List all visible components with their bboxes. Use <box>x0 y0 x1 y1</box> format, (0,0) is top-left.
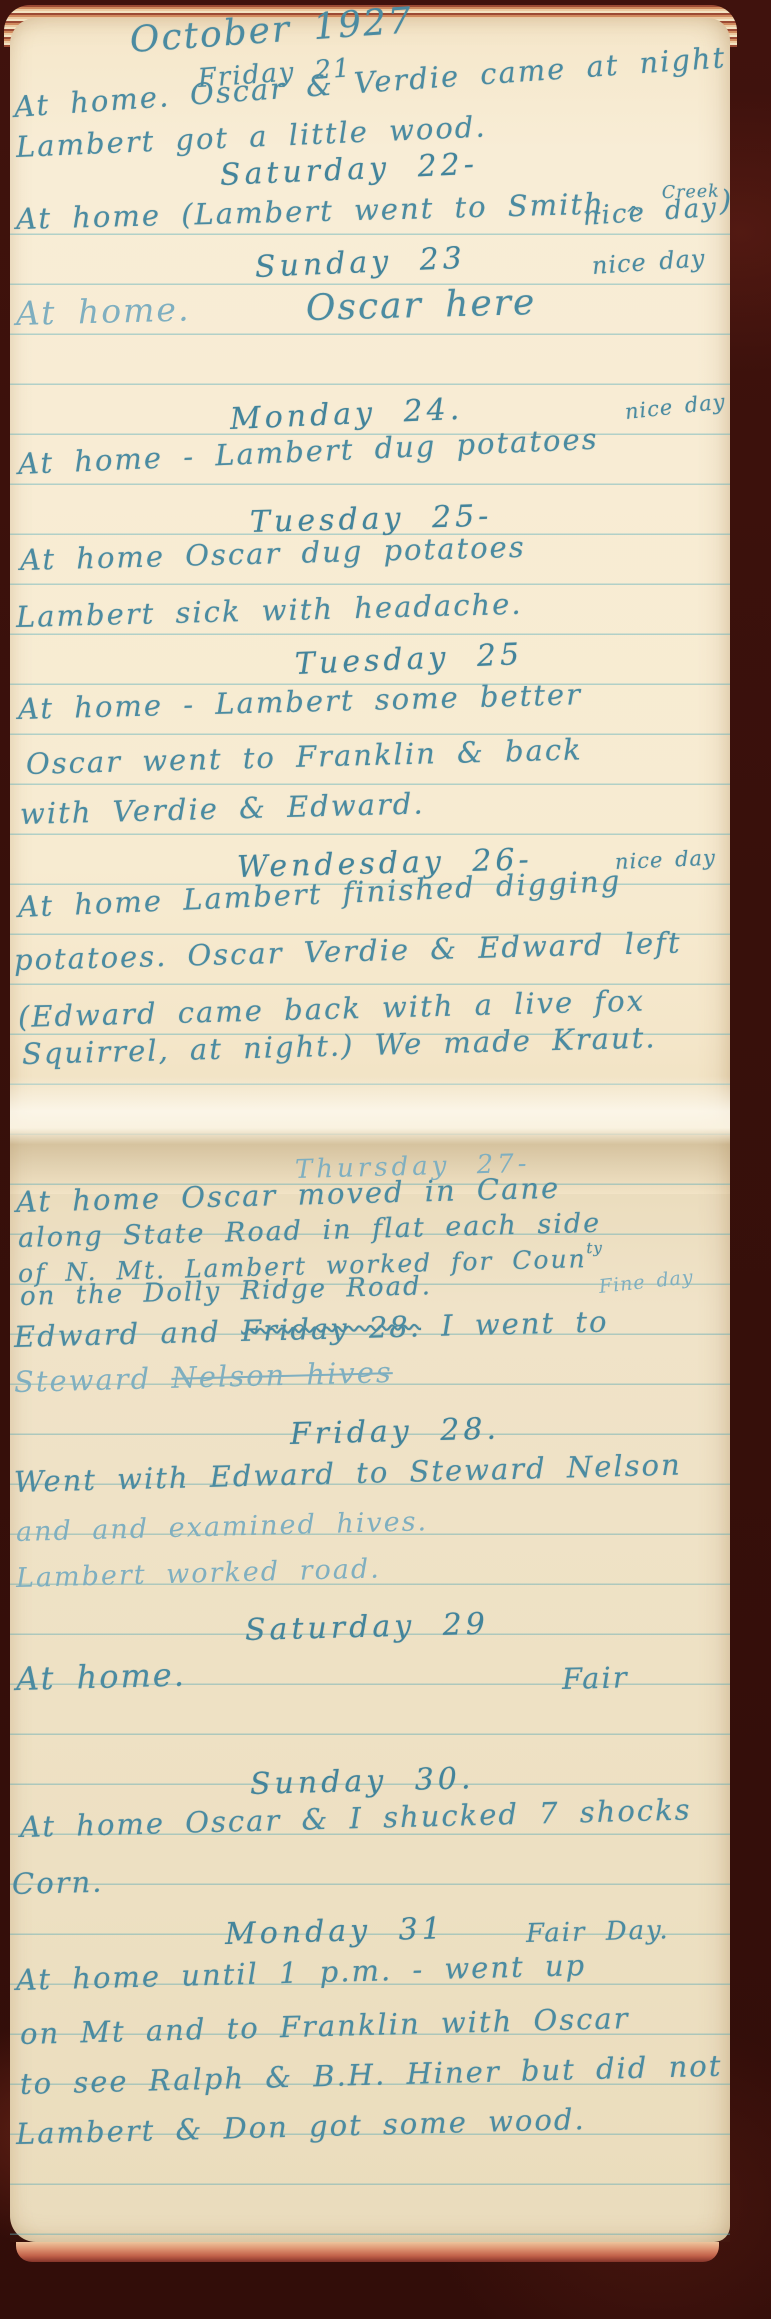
handwritten-text-layer: October 1927 Friday 21 At home. Oscar & … <box>10 18 730 2242</box>
entry-line-text: At home (Lambert went to Smith <box>16 187 606 236</box>
entry-line: Edward and Friday 28. I went to <box>14 1304 609 1354</box>
entry-line: At home Oscar dug potatoes <box>20 530 526 577</box>
entry-line-text: Edward and <box>14 1315 222 1354</box>
weather-note: nice day <box>615 846 717 874</box>
entry-line-text: ) <box>719 183 733 217</box>
entry-line: Went with Edward to Steward Nelson <box>14 1448 683 1499</box>
entry-line: Corn. <box>12 1865 104 1901</box>
entry-line: At home. <box>16 1656 187 1698</box>
entry-line: At home - Lambert some better <box>18 677 583 726</box>
strikethrough-text: Nelson hives <box>171 1355 393 1395</box>
weather-note: Fair Day. <box>526 1915 670 1949</box>
entry-line: and and examined hives. <box>16 1506 429 1548</box>
entry-line: At home until 1 p.m. - went up <box>16 1948 587 1997</box>
scanned-diary-photo: { "journal": { "month_title": "October 1… <box>0 0 771 2319</box>
entry-line: potatoes. Oscar Verdie & Edward left <box>14 926 682 977</box>
weather-note: nice day <box>624 390 727 424</box>
entry-heading-sun23: Sunday 23 <box>254 241 466 285</box>
entry-line: to see Ralph & B.H. Hiner but did not <box>20 2049 723 2101</box>
inserted-word: ty <box>586 1239 603 1257</box>
entry-line: Lambert sick with headache. <box>16 587 523 634</box>
entry-line: At home. <box>15 289 190 333</box>
entry-heading-fri28: Friday 28. <box>290 1412 501 1452</box>
entry-line: At home. Oscar & Verdie came at night <box>13 40 727 124</box>
entry-line: Lambert worked road. <box>16 1553 382 1594</box>
entry-heading-sun30: Sunday 30. <box>250 1761 475 1802</box>
entry-heading-tue25b: Tuesday 25 <box>294 637 524 682</box>
diary-page: October 1927 Friday 21 At home. Oscar & … <box>10 18 730 2242</box>
entry-line: Oscar went to Franklin & back <box>26 732 584 781</box>
entry-line: on Mt and to Franklin with Oscar <box>20 2001 630 2051</box>
strikethrough-text: Friday 28. <box>241 1309 422 1348</box>
entry-line: At home Oscar & I shucked 7 shocks <box>20 1792 692 1844</box>
entry-line: Steward Nelson hives <box>14 1355 394 1399</box>
entry-line: with Verdie & Edward. <box>20 786 425 831</box>
entry-line-text: I went to <box>441 1304 609 1342</box>
entry-line: Lambert & Don got some wood. <box>16 2102 586 2151</box>
weather-note: nice day <box>591 244 706 280</box>
entry-line: Oscar here <box>305 282 536 329</box>
weather-note: Fair <box>562 1660 629 1696</box>
page-bottom-dyed-edge <box>16 2242 719 2262</box>
entry-heading-mon31: Monday 31 <box>225 1911 446 1952</box>
entry-line-text: Steward <box>14 1361 152 1399</box>
entry-heading-sat22: Saturday 22- <box>219 147 478 193</box>
weather-note: Fine day <box>598 1266 695 1298</box>
entry-heading-sat29: Saturday 29 <box>245 1607 490 1648</box>
